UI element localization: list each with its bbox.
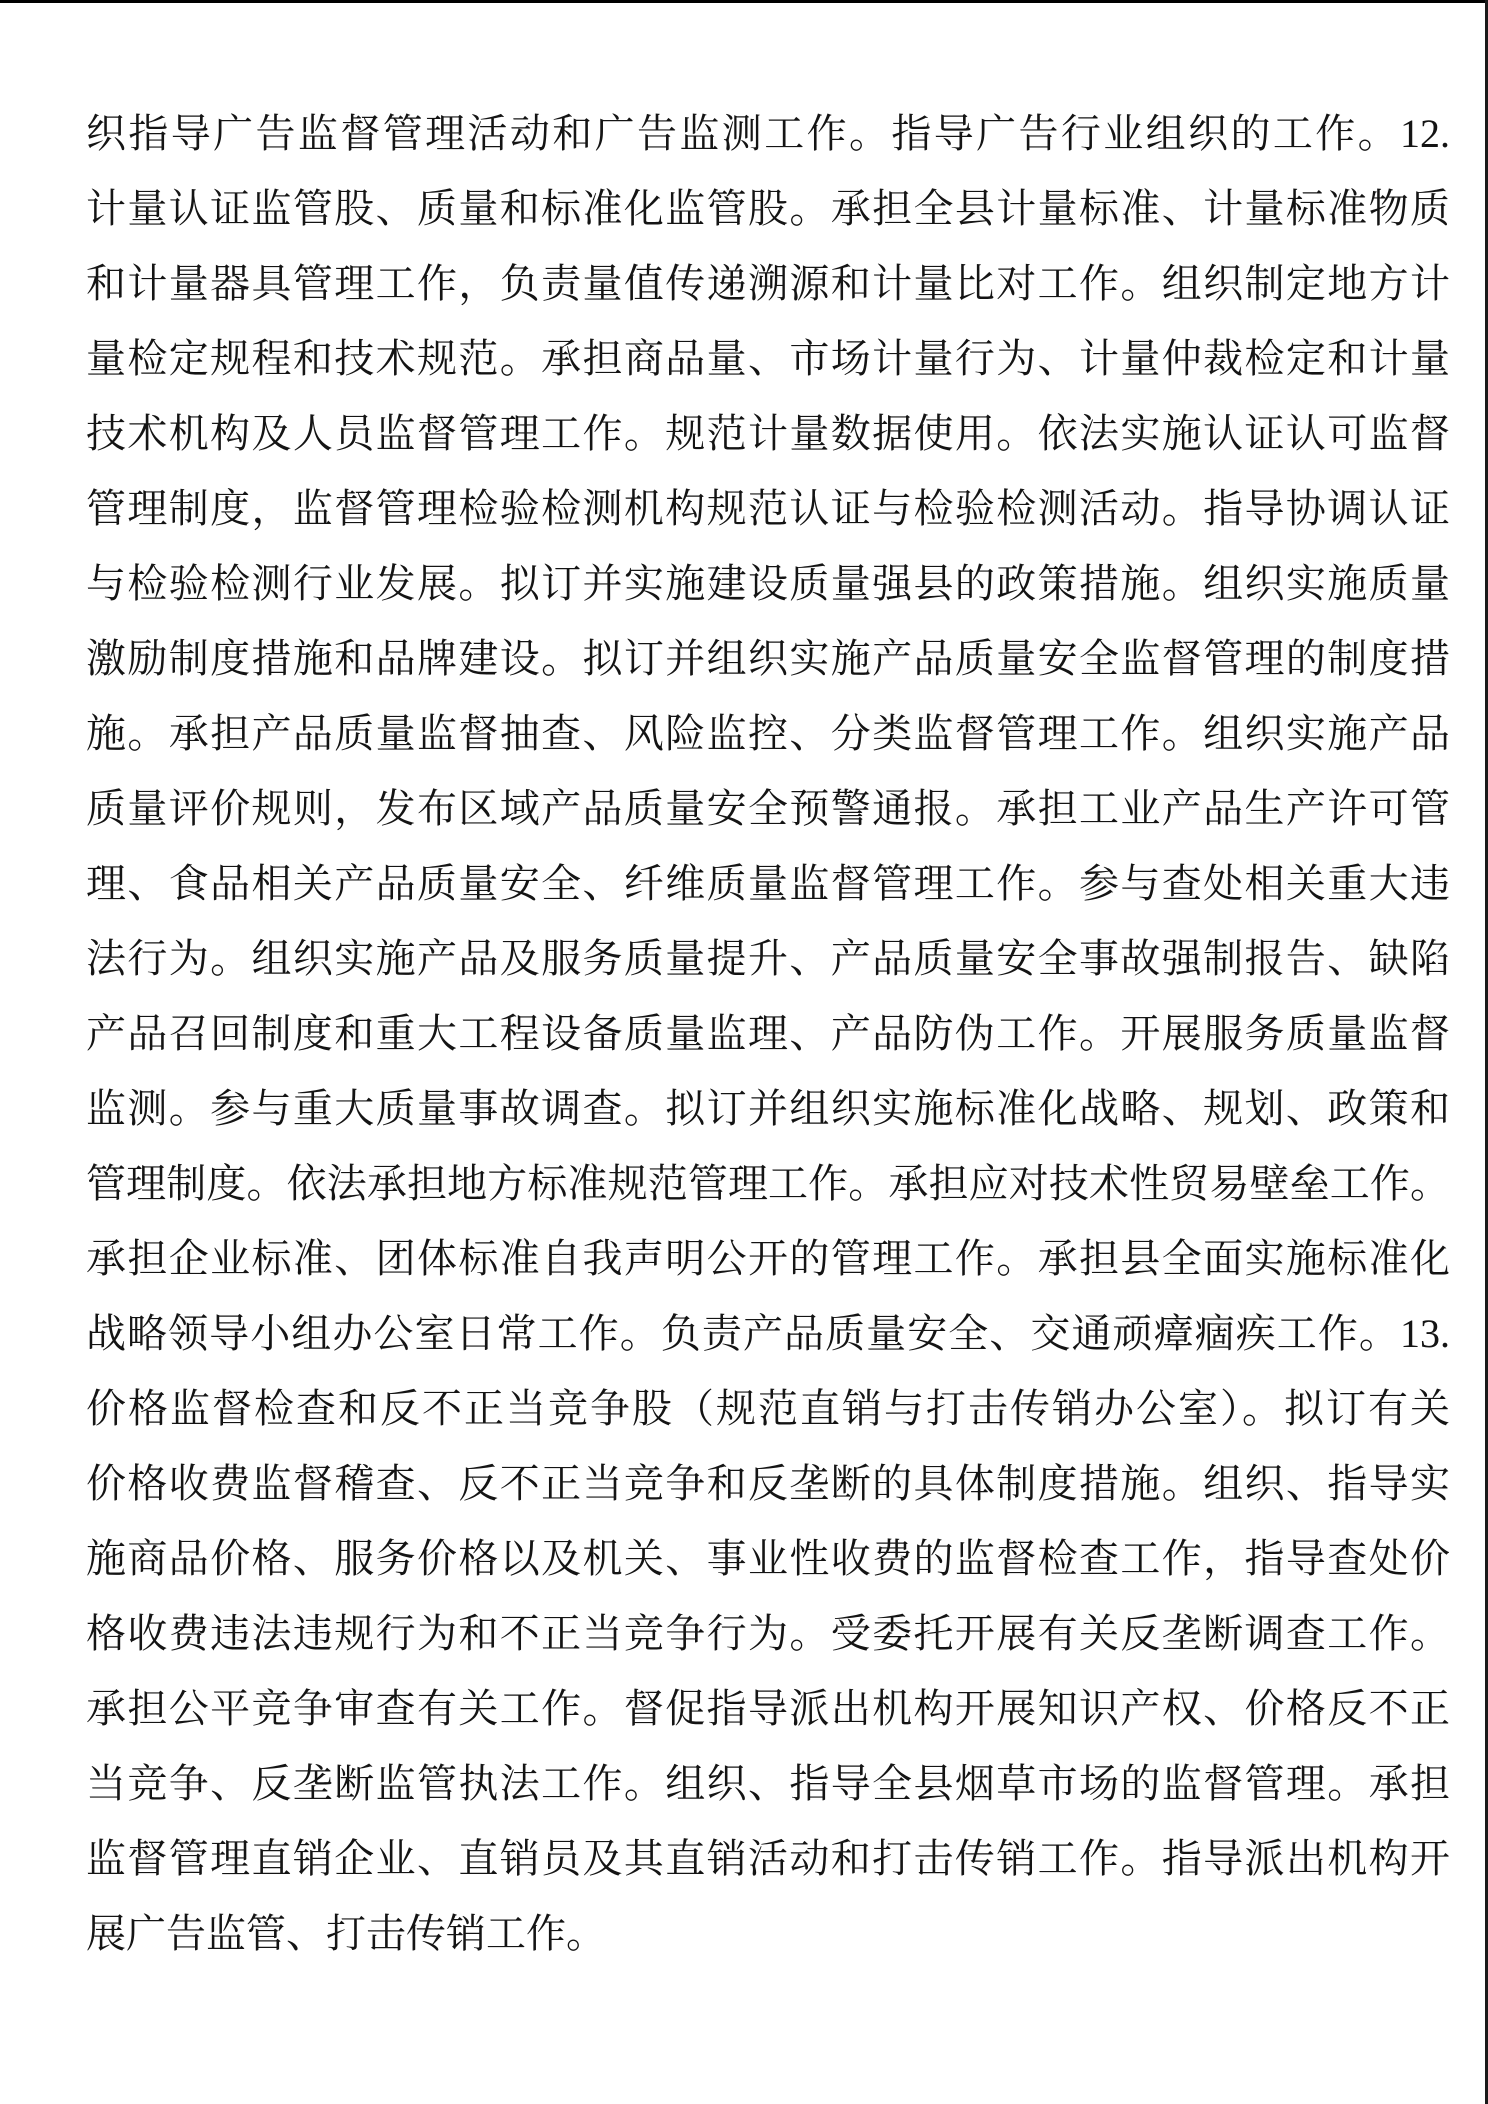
text-line: 监督管理直销企业、直销员及其直销活动和打击传销工作。指导派出机构开 bbox=[86, 1821, 1450, 1896]
text-line: 承担企业标准、团体标准自我声明公开的管理工作。承担县全面实施标准化 bbox=[86, 1221, 1450, 1296]
text-line: 量检定规程和技术规范。承担商品量、市场计量行为、计量仲裁检定和计量 bbox=[86, 321, 1450, 396]
text-line: 价格收费监督稽查、反不正当竞争和反垄断的具体制度措施。组织、指导实 bbox=[86, 1446, 1450, 1521]
text-line: 织指导广告监督管理活动和广告监测工作。指导广告行业组织的工作。12. bbox=[86, 96, 1450, 171]
text-line: 和计量器具管理工作，负责量值传递溯源和计量比对工作。组织制定地方计 bbox=[86, 246, 1450, 321]
text-line: 计量认证监管股、质量和标准化监管股。承担全县计量标准、计量标准物质 bbox=[86, 171, 1450, 246]
scan-top-edge bbox=[0, 0, 1488, 3]
text-line: 施。承担产品质量监督抽查、风险监控、分类监督管理工作。组织实施产品 bbox=[86, 696, 1450, 771]
text-line: 管理制度。依法承担地方标准规范管理工作。承担应对技术性贸易壁垒工作。 bbox=[86, 1146, 1450, 1221]
document-page: 织指导广告监督管理活动和广告监测工作。指导广告行业组织的工作。12. 计量认证监… bbox=[0, 0, 1488, 2104]
text-line: 施商品价格、服务价格以及机关、事业性收费的监督检查工作，指导查处价 bbox=[86, 1521, 1450, 1596]
text-line: 价格监督检查和反不正当竞争股（规范直销与打击传销办公室）。拟订有关 bbox=[86, 1371, 1450, 1446]
text-line: 与检验检测行业发展。拟订并实施建设质量强县的政策措施。组织实施质量 bbox=[86, 546, 1450, 621]
text-line: 战略领导小组办公室日常工作。负责产品质量安全、交通顽瘴痼疾工作。13. bbox=[86, 1296, 1450, 1371]
text-line: 展广告监管、打击传销工作。 bbox=[86, 1896, 1450, 1971]
text-line: 产品召回制度和重大工程设备质量监理、产品防伪工作。开展服务质量监督 bbox=[86, 996, 1450, 1071]
text-line: 管理制度，监督管理检验检测机构规范认证与检验检测活动。指导协调认证 bbox=[86, 471, 1450, 546]
text-line: 承担公平竞争审查有关工作。督促指导派出机构开展知识产权、价格反不正 bbox=[86, 1671, 1450, 1746]
text-line: 理、食品相关产品质量安全、纤维质量监督管理工作。参与查处相关重大违 bbox=[86, 846, 1450, 921]
text-line: 当竞争、反垄断监管执法工作。组织、指导全县烟草市场的监督管理。承担 bbox=[86, 1746, 1450, 1821]
text-line: 法行为。组织实施产品及服务质量提升、产品质量安全事故强制报告、缺陷 bbox=[86, 921, 1450, 996]
text-line: 监测。参与重大质量事故调查。拟订并组织实施标准化战略、规划、政策和 bbox=[86, 1071, 1450, 1146]
text-line: 格收费违法违规行为和不正当竞争行为。受委托开展有关反垄断调查工作。 bbox=[86, 1596, 1450, 1671]
text-line: 质量评价规则，发布区域产品质量安全预警通报。承担工业产品生产许可管 bbox=[86, 771, 1450, 846]
text-line: 技术机构及人员监督管理工作。规范计量数据使用。依法实施认证认可监督 bbox=[86, 396, 1450, 471]
text-line: 激励制度措施和品牌建设。拟订并组织实施产品质量安全监督管理的制度措 bbox=[86, 621, 1450, 696]
body-paragraph: 织指导广告监督管理活动和广告监测工作。指导广告行业组织的工作。12. 计量认证监… bbox=[86, 96, 1450, 1971]
